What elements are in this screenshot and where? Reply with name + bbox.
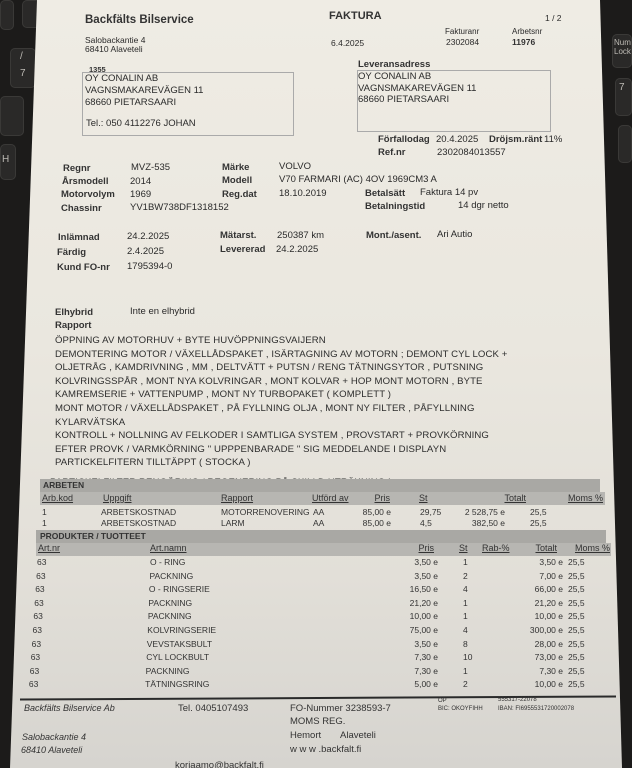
customer-fo-number: 1795394-0: [127, 261, 172, 272]
footer-tel: Tel. 0405107493: [178, 703, 248, 714]
products-column-header: St: [459, 543, 468, 553]
delivered-label: Levererad: [220, 244, 265, 255]
work-cell: 1: [42, 518, 47, 528]
regnr: MVZ-535: [131, 162, 170, 173]
keyboard-key: H: [0, 144, 16, 180]
invoice-paper: Backfälts Bilservice Salobackantie 4 684…: [0, 0, 632, 768]
keyboard-key: [0, 96, 24, 136]
products-cell: 10,00 e: [483, 611, 563, 621]
work-cell: MOTORRENOVERING: [221, 507, 310, 517]
delivery-line: OY CONALIN AB: [358, 71, 431, 82]
ref-number: 2302084013557: [437, 147, 506, 158]
interest-rate: 11%: [544, 134, 562, 145]
report-text: ÖPPNING AV MOTORHUV + BYTE HUVÖPPNINGSVA…: [55, 334, 508, 490]
work-column-header: Rapport: [221, 493, 253, 503]
interest-label: Dröjsm.ränt: [489, 134, 542, 145]
products-cell: O - RING: [150, 557, 185, 567]
products-cell: 7,30 e: [358, 666, 438, 676]
products-cell: VEVSTAKSBULT: [147, 639, 212, 649]
products-cell: 25,5: [568, 666, 585, 676]
payment-method: Faktura 14 pv: [420, 187, 478, 198]
products-cell: 63: [30, 666, 39, 676]
chassis-label: Chassinr: [61, 203, 102, 214]
footer-email[interactable]: korjaamo@backfalt.fi: [175, 760, 264, 768]
work-cell: 25,5: [530, 518, 547, 528]
received-label: Inlämnad: [58, 232, 100, 243]
delivery-line: 68660 PIETARSAARI: [358, 94, 449, 105]
odometer-label: Mätarst.: [220, 230, 256, 241]
model-year: 2014: [130, 176, 151, 187]
work-column-header: Arb.kod: [42, 493, 73, 503]
make-label: Märke: [222, 162, 249, 173]
products-cell: 63: [33, 611, 42, 621]
products-section-title: PRODUKTER / TUOTTEET: [40, 531, 146, 542]
report-line: KONTROLL + NOLLNING AV FELKODER I SAMTLI…: [55, 429, 508, 443]
volume-label: Motorvolym: [61, 189, 115, 200]
hybrid-label: Elhybrid: [55, 307, 93, 318]
work-number-label: Arbetsnr: [512, 26, 542, 37]
hybrid-value: Inte en elhybrid: [130, 306, 195, 317]
work-column-header: Totalt: [446, 493, 526, 503]
products-cell: 16,50 e: [358, 584, 438, 594]
footer-website[interactable]: w w w .backfalt.fi: [290, 744, 361, 755]
products-cell: 1: [463, 611, 468, 621]
work-cell: 382,50 e: [425, 518, 505, 528]
products-cell: 28,00 e: [483, 639, 563, 649]
products-cell: PACKNING: [148, 611, 192, 621]
work-column-header: Pris: [310, 493, 390, 503]
odometer: 250387 km: [277, 230, 324, 241]
products-cell: TÄTNINGSRING: [145, 679, 209, 689]
products-cell: PACKNING: [148, 598, 192, 608]
products-cell: 25,5: [568, 557, 585, 567]
products-cell: 25,5: [568, 625, 585, 635]
products-cell: O - RINGSERIE: [149, 584, 210, 594]
footer-fo-number: FO-Nummer 3238593-7: [290, 703, 391, 714]
model-label: Modell: [222, 175, 252, 186]
keyboard-key: Num Lock: [612, 34, 632, 68]
products-cell: 10: [463, 652, 472, 662]
products-cell: 25,5: [568, 571, 585, 581]
customer-line: VAGNSMAKAREVÄGEN 11: [85, 85, 203, 96]
keyboard-key: /7: [10, 48, 36, 88]
work-column-header: Uppgift: [103, 493, 132, 503]
work-cell: ARBETSKOSTNAD: [101, 518, 176, 528]
keyboard-key: [0, 0, 14, 30]
report-line: KYLARVÄTSKA: [55, 416, 508, 430]
payment-term-label: Betalningstid: [365, 201, 425, 212]
products-cell: 7,30 e: [483, 666, 563, 676]
report-line: MONT MOTOR / VÄXELLÅDSPAKET , PÅ FYLLNIN…: [55, 402, 508, 416]
products-cell: 3,50 e: [483, 557, 563, 567]
products-cell: 21,20 e: [358, 598, 438, 608]
products-cell: 2: [463, 571, 468, 581]
products-cell: PACKNING: [149, 571, 193, 581]
due-date-label: Förfallodag: [378, 134, 430, 145]
delivered-date: 24.2.2025: [276, 244, 318, 255]
due-date: 20.4.2025: [436, 134, 478, 145]
ref-label: Ref.nr: [378, 147, 405, 158]
work-cell: 1: [42, 507, 47, 517]
payment-term: 14 dgr netto: [458, 200, 509, 211]
footer-domicile: Alaveteli: [340, 730, 376, 741]
products-cell: 25,5: [568, 611, 585, 621]
invoice-number: 2302084: [446, 37, 479, 48]
footer-company: Backfälts Bilservice Ab: [24, 703, 115, 713]
work-column-header: St: [419, 493, 428, 503]
products-column-header: Art.nr: [38, 543, 60, 553]
products-cell: 7,30 e: [358, 652, 438, 662]
received-date: 24.2.2025: [127, 231, 169, 242]
work-cell: LARM: [221, 518, 245, 528]
products-cell: 2: [463, 679, 468, 689]
customer-line: 68660 PIETARSAARI: [85, 97, 176, 108]
work-number: 11976: [512, 37, 535, 48]
delivery-line: VAGNSMAKAREVÄGEN 11: [358, 83, 476, 94]
company-name: Backfälts Bilservice: [85, 15, 194, 26]
products-cell: 25,5: [568, 584, 585, 594]
products-cell: 4: [463, 625, 468, 635]
report-line: OLJETRÅG , KAMDRIVNING , MM , DELTVÄTT +…: [55, 361, 508, 375]
payment-method-label: Betalsätt: [365, 188, 405, 199]
products-cell: PACKNING: [146, 666, 190, 676]
report-line: DEMONTERING MOTOR / VÄXELLÅDSPAKET , ISÄ…: [55, 348, 508, 362]
products-cell: 63: [33, 625, 42, 635]
products-cell: 63: [29, 679, 38, 689]
products-cell: 1: [463, 557, 468, 567]
footer-domicile-label: Hemort: [290, 730, 321, 741]
work-section-header: [40, 479, 600, 492]
products-cell: 10,00 e: [483, 679, 563, 689]
products-cell: 5,00 e: [358, 679, 438, 689]
products-cell: 3,50 e: [358, 557, 438, 567]
registration-date: 18.10.2019: [279, 188, 327, 199]
regnr-label: Regnr: [63, 163, 90, 174]
finished-label: Färdig: [57, 247, 86, 258]
report-label: Rapport: [55, 320, 91, 331]
products-column-header: Art.namn: [150, 543, 187, 553]
invoice-number-label: Fakturanr: [445, 26, 479, 37]
products-cell: CYL LOCKBULT: [146, 652, 209, 662]
report-line: EFTER PROVK / VARMKÖRNING " UPPPENBARADE…: [55, 443, 508, 457]
products-cell: 73,00 e: [483, 652, 563, 662]
footer-bic: BIC: OKOYFIHH: [438, 706, 483, 712]
products-cell: 25,5: [568, 652, 585, 662]
report-line: PARTICKELFITERN TILLTÄPPT ( STOCKA ): [55, 456, 508, 470]
customer-line: OY CONALIN AB: [85, 73, 158, 84]
regdate-label: Reg.dat: [222, 189, 257, 200]
model: V70 FARMARI (AC) 4OV 1969CM3 A: [279, 174, 437, 185]
footer-city: 68410 Alaveteli: [21, 745, 82, 755]
invoice-date: 6.4.2025: [331, 38, 364, 49]
work-cell: 85,00 e: [311, 507, 391, 517]
products-cell: 1: [463, 666, 468, 676]
footer-vat-reg: MOMS REG.: [290, 716, 345, 727]
company-city: 68410 Alaveteli: [85, 44, 143, 55]
products-cell: 21,20 e: [483, 598, 563, 608]
customer-tel: Tel.: 050 4112276 JOHAN: [86, 118, 196, 129]
customer-fo-label: Kund FO-nr: [57, 262, 110, 273]
keyboard-key: [618, 125, 632, 163]
products-cell: 10,00 e: [358, 611, 438, 621]
footer-bank: OP: [438, 698, 447, 704]
work-cell: ARBETSKOSTNAD: [101, 507, 176, 517]
products-cell: 25,5: [568, 639, 585, 649]
products-cell: 3,50 e: [358, 639, 438, 649]
delivery-label: Leveransadress: [358, 59, 430, 70]
work-section-title: ARBETEN: [43, 480, 84, 491]
work-column-header: Moms %: [523, 493, 603, 503]
footer-bank-account: 555317-22078: [498, 697, 537, 703]
products-column-header: Moms %: [530, 543, 610, 553]
products-cell: 25,5: [568, 679, 585, 689]
products-column-header: Pris: [354, 543, 434, 553]
work-cell: 25,5: [530, 507, 547, 517]
footer-street: Salobackantie 4: [22, 732, 86, 742]
products-cell: 63: [36, 571, 45, 581]
products-cell: KOLVRINGSERIE: [147, 625, 216, 635]
products-cell: 63: [31, 652, 40, 662]
footer-iban: IBAN: FI6955531720002078: [498, 706, 574, 712]
mechanic-label: Mont./asent.: [366, 230, 421, 241]
document-title: FAKTURA: [329, 11, 382, 22]
products-cell: 63: [32, 639, 41, 649]
products-cell: 300,00 e: [483, 625, 563, 635]
work-cell: 85,00 e: [311, 518, 391, 528]
products-cell: 66,00 e: [483, 584, 563, 594]
work-cell: 2 528,75 e: [425, 507, 505, 517]
products-cell: 63: [34, 598, 43, 608]
report-line: KAMREMSERIE + VATTENPUMP , MONT NY TURBO…: [55, 388, 508, 402]
report-line: KOLVRINGSSPÅR , MONT NYA KOLVRINGAR , MO…: [55, 375, 508, 389]
year-label: Årsmodell: [62, 176, 108, 187]
make: VOLVO: [279, 161, 311, 172]
products-cell: 75,00 e: [358, 625, 438, 635]
products-cell: 25,5: [568, 598, 585, 608]
keyboard-key: 7: [615, 78, 632, 116]
report-line: ÖPPNING AV MOTORHUV + BYTE HUVÖPPNINGSVA…: [55, 334, 508, 348]
products-cell: 63: [37, 557, 46, 567]
products-cell: 8: [463, 639, 468, 649]
chassis-number: YV1BW738DF1318152: [130, 202, 229, 213]
mechanic: Ari Autio: [437, 229, 472, 240]
products-cell: 7,00 e: [483, 571, 563, 581]
products-cell: 63: [35, 584, 44, 594]
page-number: 1 / 2: [545, 13, 562, 24]
finished-date: 2.4.2025: [127, 246, 164, 257]
products-cell: 1: [463, 598, 468, 608]
engine-volume: 1969: [130, 189, 151, 200]
products-cell: 4: [463, 584, 468, 594]
products-cell: 3,50 e: [358, 571, 438, 581]
